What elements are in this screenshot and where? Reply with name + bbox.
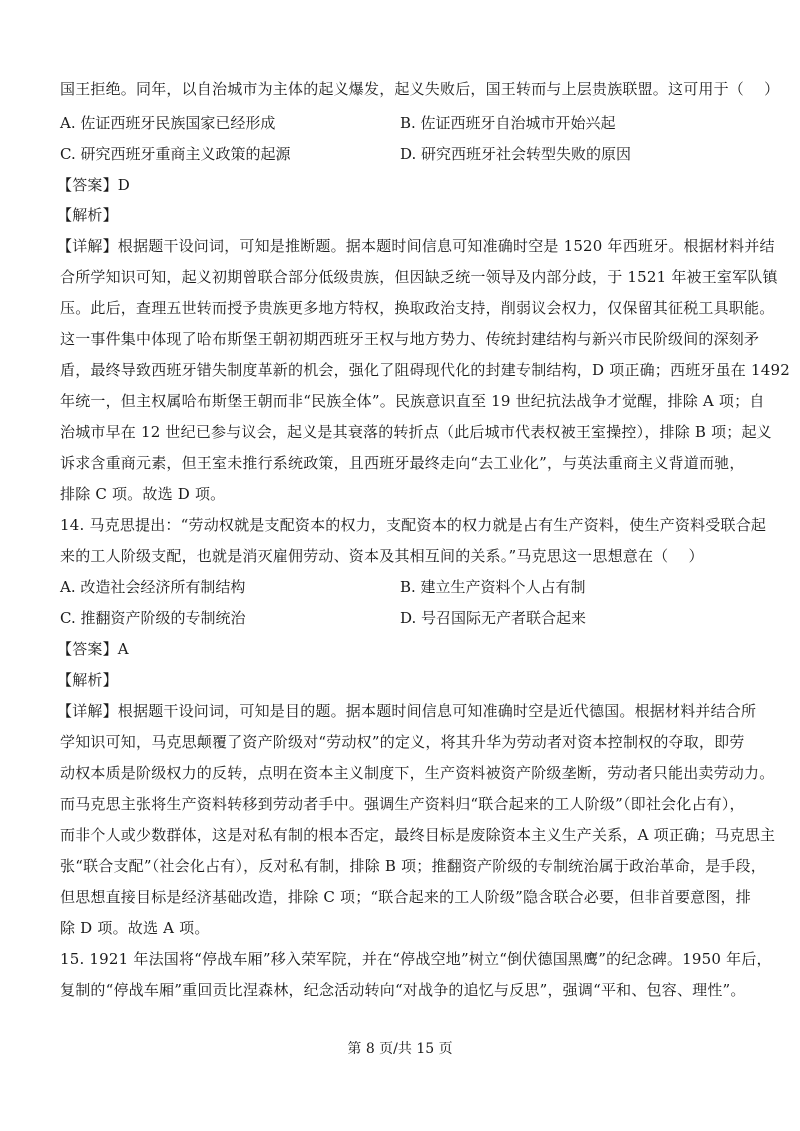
q14-stem-line: 来的工人阶级支配，也就是消灭雇佣劳动、资本及其相互间的关系。”马克思这一思想意在…: [60, 546, 720, 566]
q13-detail-line: 【详解】根据题干设问词，可知是推断题。据本题时间信息可知准确时空是 1520 年…: [57, 236, 717, 256]
q14-detail-line: 动权本质是阶级权力的反转，点明在资本主义制度下，生产资料被资产阶级垄断，劳动者只…: [60, 763, 720, 783]
q13-option-d: D. 研究西班牙社会转型失败的原因: [400, 144, 631, 164]
q14-stem-line: 14. 马克思提出：“劳动权就是支配资本的权力，支配资本的权力就是占有生产资料，…: [60, 515, 720, 535]
q13-option-c: C. 研究西班牙重商主义政策的起源: [60, 144, 290, 164]
q14-detail-line: 而非个人或少数群体，这是对私有制的根本否定，最终目标是废除资本主义生产关系，A …: [60, 825, 720, 845]
q13-detail-line: 这一事件集中体现了哈布斯堡王朝初期西班牙王权与地方势力、传统封建结构与新兴市民阶…: [60, 329, 720, 349]
q13-detail-line: 诉求含重商元素，但王室未推行系统政策，且西班牙最终走向“去工业化”，与英法重商主…: [60, 453, 720, 473]
q14-answer: 【答案】A: [57, 639, 717, 659]
q14-detail-line: 但思想直接目标是经济基础改造，排除 C 项；“联合起来的工人阶级”隐含联合必要，…: [60, 887, 720, 907]
q13-detail-line: 合所学知识可知，起义初期曾联合部分低级贵族，但因缺乏统一领导及内部分歧，于 15…: [60, 267, 720, 287]
q14-option-b: B. 建立生产资料个人占有制: [400, 577, 586, 597]
q13-detail-line: 压。此后，查理五世转而授予贵族更多地方特权，换取政治支持，削弱议会权力，仅保留其…: [60, 298, 720, 318]
q13-detail-line: 年统一，但主权属哈布斯堡王朝而非“民族全体”。民族意识直至 19 世纪抗法战争才…: [60, 391, 720, 411]
q14-detail-line: 学知识可知，马克思颠覆了资产阶级对“劳动权”的定义，将其升华为劳动者对资本控制权…: [60, 732, 720, 752]
q14-option-c: C. 推翻资产阶级的专制统治: [60, 608, 245, 628]
q15-stem-line: 15. 1921 年法国将“停战车厢”移入荣军院，并在“停战空地”树立“倒伏德国…: [60, 949, 720, 969]
q14-detail-line: 【详解】根据题干设问词，可知是目的题。据本题时间信息可知准确时空是近代德国。根据…: [57, 701, 717, 721]
q13-detail-line: 盾，最终导致西班牙错失制度革新的机会，强化了阻碍现代化的封建专制结构，D 项正确…: [60, 360, 720, 380]
q13-option-a: A. 佐证西班牙民族国家已经形成: [60, 113, 275, 133]
q14-detail-line: 而马克思主张将生产资料转移到劳动者手中。强调生产资料归“联合起来的工人阶级”（即…: [60, 794, 720, 814]
q14-detail-line: 除 D 项。故选 A 项。: [60, 918, 720, 938]
q13-detail-line: 排除 C 项。故选 D 项。: [60, 484, 720, 504]
document-page: 国王拒绝。同年，以自治城市为主体的起义爆发，起义失败后，国王转而与上层贵族联盟。…: [0, 0, 800, 1131]
q14-option-a: A. 改造社会经济所有制结构: [60, 577, 245, 597]
q13-stem-tail: 国王拒绝。同年，以自治城市为主体的起义爆发，起义失败后，国王转而与上层贵族联盟。…: [60, 79, 720, 99]
q13-option-b: B. 佐证西班牙自治城市开始兴起: [400, 113, 616, 133]
q14-detail-line: 张“联合支配”（社会化占有），反对私有制，排除 B 项；推翻资产阶级的专制统治属…: [60, 856, 720, 876]
q13-answer: 【答案】D: [57, 175, 717, 195]
q14-analysis-heading: 【解析】: [57, 670, 717, 690]
q13-analysis-heading: 【解析】: [57, 205, 717, 225]
q15-stem-line: 复制的“停战车厢”重回贡比涅森林，纪念活动转向“对战争的追忆与反思”，强调“平和…: [60, 980, 720, 1000]
q14-option-d: D. 号召国际无产者联合起来: [400, 608, 586, 628]
page-indicator: 第 8 页/共 15 页: [0, 1040, 800, 1058]
q13-detail-line: 治城市早在 12 世纪已参与议会，起义是其衰落的转折点（此后城市代表权被王室操控…: [60, 422, 720, 442]
